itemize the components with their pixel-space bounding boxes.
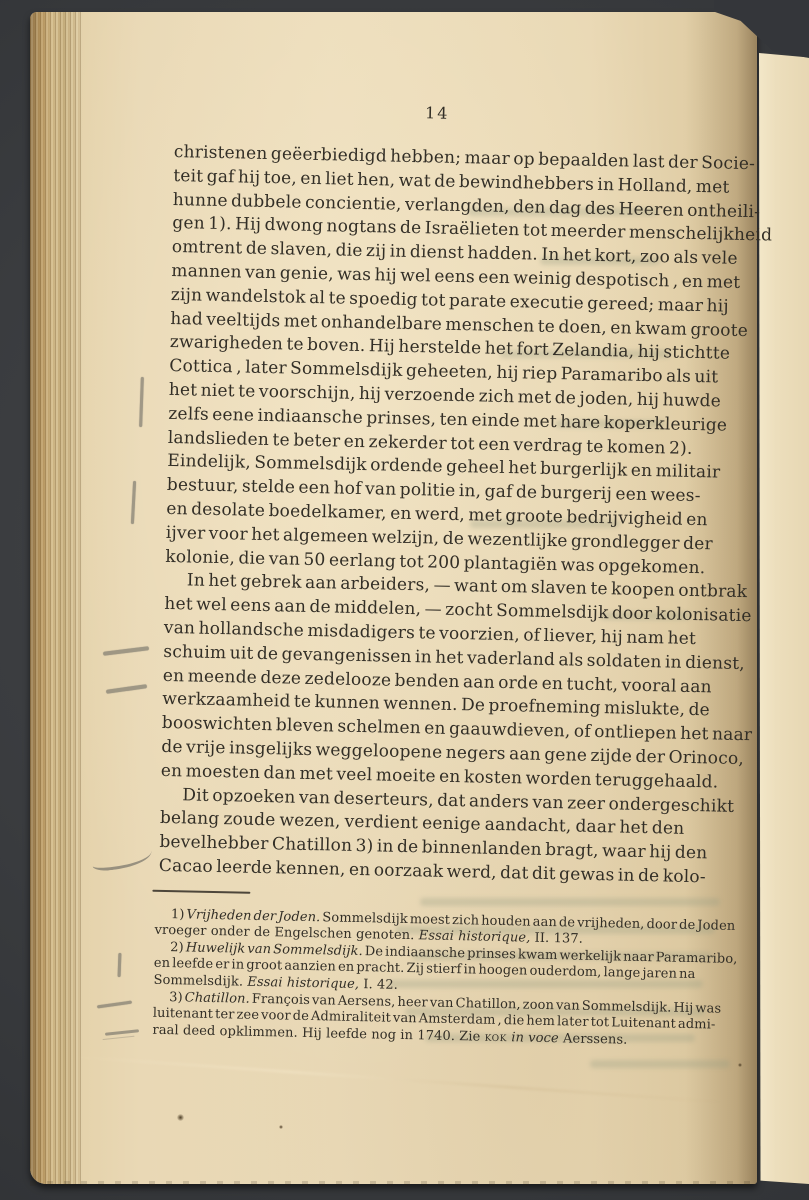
paragraph: In het gebrek aan arbeiders, — want om s…: [161, 569, 690, 794]
bleedthrough-smudge: [590, 1060, 730, 1068]
plain-text: 3): [169, 990, 185, 1005]
scan-background: 14 christenen geëerbiedigd hebben; maar …: [0, 0, 809, 1200]
italic-text: Chatillon.: [185, 990, 250, 1006]
deckle-edge: [30, 1181, 757, 1186]
footnote-separator: [152, 889, 250, 893]
italic-text: Essai historique,: [247, 975, 359, 992]
italic-text: Vrijheden der Joden.: [186, 907, 320, 925]
page-edge-strip: [30, 12, 82, 1184]
smallcaps-text: kok: [484, 1030, 507, 1045]
stain-speck: [279, 1125, 283, 1129]
plain-text: 2): [170, 940, 186, 955]
italic-text: Essai historique,: [419, 929, 531, 946]
plain-text: 1): [171, 907, 187, 922]
footnotes: 1) Vrijheden der Joden. Sommelsdijk moes…: [152, 906, 697, 1050]
plain-text: I. 42.: [359, 977, 398, 993]
italic-text: in voce: [507, 1030, 559, 1046]
plain-text: Sommelsdijk.: [153, 973, 247, 990]
italic-text: Huwelijk van Sommelsdijk.: [186, 940, 363, 959]
paragraph: christenen geëerbiedigd hebben; maar op …: [165, 141, 699, 580]
text-layer: 14 christenen geëerbiedigd hebben; maar …: [155, 98, 735, 1051]
plain-text: II. 137.: [530, 931, 583, 947]
stain-speck: [738, 1063, 742, 1067]
body-text: christenen geëerbiedigd hebben; maar op …: [159, 141, 699, 890]
next-page-edge: [759, 53, 809, 1184]
plain-text: Aerssens.: [559, 1031, 628, 1047]
stain-speck: [177, 1114, 184, 1121]
paragraph: Dit opzoeken van deserteurs, dat anders …: [159, 783, 686, 889]
